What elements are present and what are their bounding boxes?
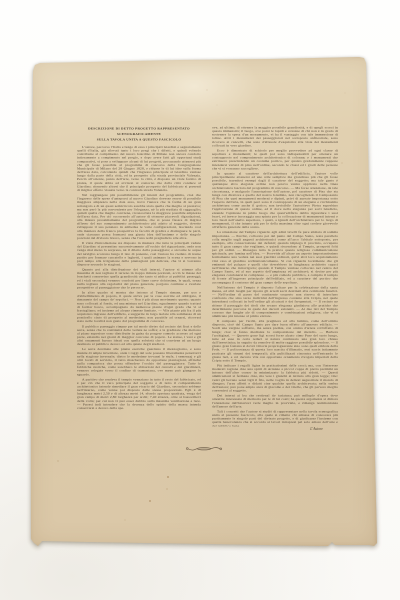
paragraph: Quanto poi alla distribuzione dei viali …: [77, 268, 201, 289]
paragraph: ove, ad ultimo, di ottenere la maggior p…: [212, 126, 338, 147]
paragraph: Il pubblico passeggio rimane per tal mod…: [77, 325, 201, 346]
paragraph: Il composto per l'archi, alla preghiera …: [212, 320, 338, 363]
photo-background: Descrizione di detto progetto rappresent…: [0, 0, 400, 600]
paragraph: Tali i concetti che l'autore si studiò d…: [212, 410, 338, 427]
column-left-paragraphs: L'autore, percorso l'Italia e lungo di e…: [77, 146, 201, 411]
paragraph: Ecco è dimostrato di schiodo per meglio …: [212, 149, 338, 170]
document-page: Descrizione di detto progetto rappresent…: [29, 56, 377, 547]
paragraph: Dei interni ai lea che restienal tie tar…: [212, 394, 338, 408]
paragraph: In altro quadro si mostra che intorno al…: [77, 291, 201, 323]
column-right-paragraphs: ove, ad ultimo, di ottenere la maggior p…: [212, 126, 338, 427]
author-signature: L'Autore: [212, 427, 338, 432]
paper-shadow-wrapper: Descrizione di detto progetto rappresent…: [29, 56, 377, 547]
flourish-ornament-icon: [185, 443, 223, 455]
paragraph: L'autore, percorso l'Italia e lungo di e…: [77, 146, 201, 193]
paragraph: A paritivo che rendeva il tempio venezia…: [77, 378, 201, 410]
column-right: ove, ad ultimo, di ottenere la maggior p…: [212, 126, 338, 427]
text-block-inner: Descrizione di detto progetto rappresent…: [77, 126, 339, 466]
document-title-line-2: sulla tavola unita a questo fascicolo: [78, 137, 200, 143]
column-left: Descrizione di detto progetto rappresent…: [77, 126, 201, 438]
foxing-spots: [29, 56, 31, 58]
paragraph: In quanto al carattere dell'architettura…: [212, 172, 338, 229]
paragraph: Le serre destinate alle piante esotiche …: [77, 348, 201, 377]
document-title: Descrizione di detto progetto rappresent…: [78, 126, 200, 143]
document-title-line-1: Descrizione di detto progetto rappresent…: [78, 126, 200, 137]
paragraph: Più indicare i regalli ligius in pratica…: [212, 364, 338, 393]
paragraph: Il viale d'introduzione sta disposto in …: [77, 242, 201, 267]
paragraph: Nell'interno del Tempio è disposto l'alt…: [212, 286, 338, 318]
paragraph: Nel raggiungere più possibilmente gli in…: [77, 194, 201, 241]
text-block: Descrizione di detto progetto rappresent…: [77, 126, 339, 466]
paragraph: La situazione del Tempio riguardo agli a…: [212, 231, 338, 285]
